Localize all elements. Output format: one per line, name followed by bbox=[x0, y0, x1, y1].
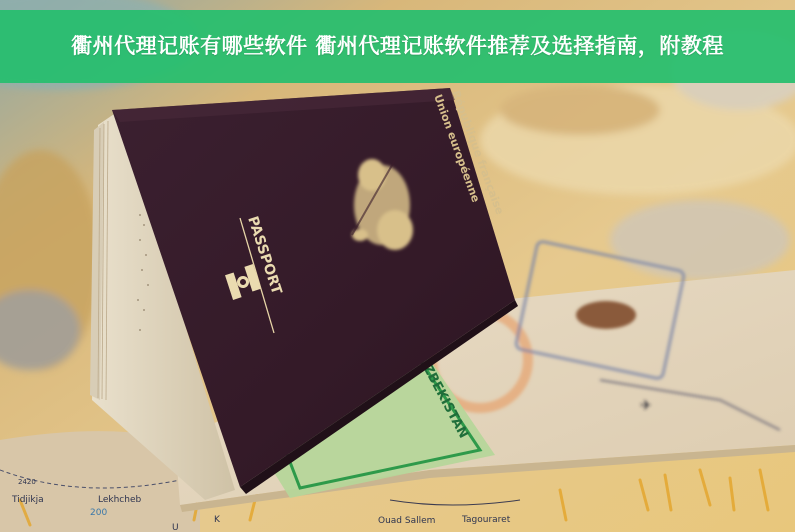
svg-text:U: U bbox=[172, 523, 179, 532]
svg-text:Tagouraret: Tagouraret bbox=[461, 515, 511, 525]
title-banner: 衢州代理记账有哪些软件 衢州代理记账软件推荐及选择指南，附教程 bbox=[0, 10, 795, 83]
svg-text:✈: ✈ bbox=[640, 398, 652, 414]
svg-text:2420: 2420 bbox=[18, 478, 36, 486]
banner-title: 衢州代理记账有哪些软件 衢州代理记账软件推荐及选择指南，附教程 bbox=[71, 31, 724, 62]
svg-text:Ouad Sallem: Ouad Sallem bbox=[378, 516, 435, 526]
map-label-tidjikja: Tidjikja bbox=[11, 495, 44, 505]
svg-text:Lekhcheb: Lekhcheb bbox=[98, 495, 141, 505]
svg-text:200: 200 bbox=[90, 508, 107, 518]
